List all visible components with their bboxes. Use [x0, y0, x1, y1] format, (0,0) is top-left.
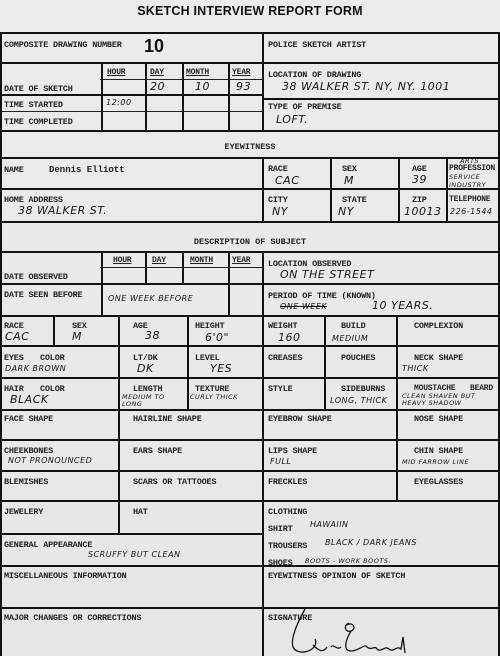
subject-weight: 160 — [278, 331, 301, 344]
location-observed: On the street — [280, 268, 374, 281]
subject-complexion-label: COMPLEXION — [414, 321, 463, 331]
signature-scribble — [285, 607, 445, 655]
date-seen-before: One week before — [108, 294, 193, 303]
date-seen-before-label: DATE SEEN BEFORE — [4, 290, 82, 300]
telephone-label: TELEPHONE — [449, 195, 490, 204]
subject-height: 6'0" — [205, 331, 229, 344]
divider — [182, 62, 184, 132]
period-of-time-label: PERIOD OF TIME (KNOWN) — [268, 291, 376, 301]
trousers: Black / Dark Jeans — [325, 538, 417, 547]
subject-header-year: YEAR — [232, 256, 250, 265]
divider — [398, 157, 400, 223]
shirt: Hawaiin — [310, 520, 349, 529]
time-completed-label: TIME COMPLETED — [4, 117, 73, 127]
header-month: MONTH — [186, 68, 209, 77]
divider — [228, 62, 230, 132]
eyewitness-race-label: RACE — [268, 164, 288, 174]
subject-height-label: HEIGHT — [195, 321, 224, 331]
divider — [0, 188, 500, 190]
eyewitness-sex-label: SEX — [342, 164, 357, 174]
neck-shape-label: NECK SHAPE — [414, 353, 463, 363]
shirt-label: SHIRT — [268, 524, 293, 534]
sketch-interview-report-form: SKETCH INTERVIEW REPORT FORM COMPOSITE D… — [0, 0, 500, 656]
general-appearance: Scruffy but clean — [88, 550, 181, 559]
period-of-time: 10 years. — [372, 299, 433, 312]
zip-label: ZIP — [412, 195, 427, 205]
divider — [0, 315, 500, 317]
divider — [118, 315, 120, 502]
misc-info-label: MISCELLANEOUS INFORMATION — [4, 571, 127, 581]
subject-section-title: DESCRIPTION OF SUBJECT — [0, 237, 500, 247]
neck-shape: Thick — [402, 364, 429, 373]
lips-shape: Full — [270, 457, 291, 466]
divider — [0, 283, 500, 285]
trousers-label: TROUSERS — [268, 541, 307, 551]
time-started-label: TIME STARTED — [4, 100, 63, 110]
divider — [324, 315, 326, 409]
general-appearance-label: GENERAL APPEARANCE — [4, 540, 92, 550]
face-shape-label: FACE SHAPE — [4, 414, 53, 424]
divider — [0, 533, 262, 535]
divider — [0, 32, 500, 34]
zip: 10013 — [404, 205, 442, 218]
header-hour: HOUR — [107, 68, 125, 77]
subject-age: 38 — [145, 329, 160, 342]
divider — [0, 470, 500, 472]
sideburns-label: SIDEBURNS — [341, 384, 385, 394]
eyewitness-race: CAC — [275, 174, 299, 187]
divider — [101, 62, 103, 132]
eyewitness-profession: Service Industry — [449, 173, 499, 189]
hairline-shape-label: HAIRLINE SHAPE — [133, 414, 202, 424]
style-label: STYLE — [268, 384, 293, 394]
eyewitness-sex: M — [344, 174, 354, 187]
nose-shape-label: NOSE SHAPE — [414, 414, 463, 424]
subject-header-hour: HOUR — [113, 256, 131, 265]
lips-shape-label: LIPS SHAPE — [268, 446, 317, 456]
major-changes-label: MAJOR CHANGES OR CORRECTIONS — [4, 613, 141, 623]
eyewitness-name-label: NAME — [4, 165, 24, 175]
home-address: 38 Walker St. — [18, 204, 107, 217]
eyes-color: Dark Brown — [5, 364, 66, 373]
period-of-time-struck: One week — [280, 302, 327, 311]
clothing-label: CLOTHING — [268, 507, 307, 517]
location-of-drawing: 38 Walker St. NY, NY. 1001 — [282, 80, 450, 93]
telephone: 226-1544 — [450, 207, 493, 216]
eyewitness-age: 39 — [412, 173, 427, 186]
divider — [0, 500, 500, 502]
divider — [0, 377, 500, 379]
moustache-beard: Clean shaven but heavy shadow — [402, 393, 500, 407]
divider — [145, 62, 147, 132]
divider — [262, 98, 500, 100]
date-observed-label: DATE OBSERVED — [4, 272, 68, 282]
blemishes-label: BLEMISHES — [4, 477, 48, 487]
eyeglasses-label: EYEGLASSES — [414, 477, 463, 487]
state: NY — [338, 205, 354, 218]
cheekbones: Not Pronounced — [8, 456, 108, 466]
location-of-drawing-label: LOCATION OF DRAWING — [268, 70, 361, 80]
eyes-label: EYES — [4, 353, 24, 363]
hair-color: Black — [10, 393, 49, 406]
subject-sex: M — [72, 330, 82, 343]
eyewitness-opinion-label: EYEWITNESS OPINION OF SKETCH — [268, 571, 405, 581]
shoes-label: SHOES — [268, 558, 293, 568]
chin-shape: Mid Farrow Line — [402, 458, 469, 466]
divider — [53, 315, 55, 345]
divider — [101, 251, 103, 315]
divider — [182, 251, 184, 283]
divider — [187, 315, 189, 409]
date-of-sketch-year: 93 — [236, 80, 251, 93]
divider — [330, 157, 332, 223]
divider — [262, 251, 264, 656]
pouches-label: POUCHES — [341, 353, 375, 363]
scars-label: SCARS OR TATTOOES — [133, 477, 216, 487]
eyewitness-section-title: EYEWITNESS — [0, 142, 500, 152]
length: Medium to Long — [122, 394, 186, 408]
divider — [0, 251, 500, 253]
header-year: YEAR — [232, 68, 250, 77]
divider — [228, 251, 230, 315]
divider — [0, 94, 262, 96]
cheekbones-label: CHEEKBONES — [4, 446, 53, 456]
chin-shape-label: CHIN SHAPE — [414, 446, 463, 456]
divider — [145, 251, 147, 283]
date-of-sketch-day: 20 — [150, 80, 165, 93]
state-label: STATE — [342, 195, 367, 205]
subject-build-label: BUILD — [341, 321, 366, 331]
police-sketch-artist-label: POLICE SKETCH ARTIST — [268, 40, 366, 50]
freckles-label: FRECKLES — [268, 477, 307, 487]
eyewitness-name: Dennis Elliott — [49, 165, 125, 175]
divider — [262, 157, 264, 223]
form-title: SKETCH INTERVIEW REPORT FORM — [0, 4, 500, 18]
eyewitness-profession-label: PROFESSION — [449, 164, 495, 173]
subject-header-day: DAY — [152, 256, 166, 265]
divider — [396, 315, 398, 502]
divider — [0, 409, 500, 411]
header-day: DAY — [150, 68, 164, 77]
ltdk: DK — [137, 362, 154, 375]
eyes-color-label: COLOR — [40, 353, 65, 363]
type-of-premise: Loft. — [276, 113, 308, 126]
level: Yes — [210, 362, 232, 375]
divider — [0, 439, 500, 441]
shoes: Boots - Work boots. — [305, 557, 391, 565]
city-label: CITY — [268, 195, 288, 205]
subject-header-month: MONTH — [190, 256, 213, 265]
divider — [0, 130, 500, 132]
city: NY — [272, 205, 288, 218]
divider — [262, 32, 264, 132]
divider — [100, 267, 262, 268]
ears-shape-label: EARS SHAPE — [133, 446, 182, 456]
eyebrow-shape-label: EYEBROW SHAPE — [268, 414, 332, 424]
time-started-hour: 12:00 — [106, 98, 132, 107]
divider — [0, 565, 500, 567]
jewelery-label: JEWELERY — [4, 507, 43, 517]
hat-label: HAT — [133, 507, 148, 517]
creases-label: CREASES — [268, 353, 302, 363]
divider — [0, 111, 262, 112]
divider — [118, 500, 120, 535]
date-of-sketch-month: 10 — [195, 80, 210, 93]
sideburns: Long, Thick — [330, 396, 387, 405]
divider — [0, 345, 500, 347]
divider — [0, 62, 500, 64]
composite-drawing-number-label: COMPOSITE DRAWING NUMBER — [4, 40, 122, 50]
subject-build: Medium — [332, 334, 368, 343]
type-of-premise-label: TYPE OF PREMISE — [268, 102, 342, 112]
texture: Curly Thick — [190, 394, 254, 401]
subject-race: CAC — [5, 330, 29, 343]
border-left — [0, 32, 2, 656]
divider — [0, 157, 500, 159]
divider — [0, 221, 500, 223]
date-of-sketch-label: DATE OF SKETCH — [4, 84, 73, 94]
subject-weight-label: WEIGHT — [268, 321, 297, 331]
composite-drawing-number: 10 — [144, 36, 164, 57]
divider — [446, 157, 448, 223]
